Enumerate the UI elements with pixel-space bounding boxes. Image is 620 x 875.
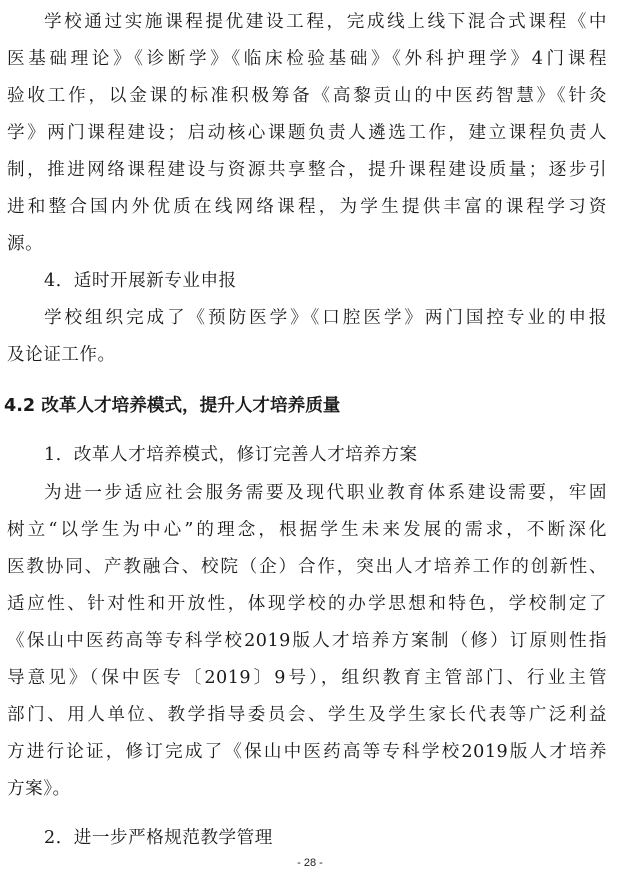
paragraph-line: 方进行论证，修订完成了《保山中医药高等专科学校2019版人才培养: [7, 739, 607, 765]
item-2-title: 2．进一步严格规范教学管理: [44, 825, 607, 851]
paragraph-line: 医教协同、产教融合、校院（企）合作，突出人才培养工作的创新性、: [7, 554, 607, 580]
paragraph-line: 进和整合国内外优质在线网络课程，为学生提供丰富的课程学习资: [7, 194, 607, 220]
paragraph-line: 及论证工作。: [7, 342, 607, 368]
paragraph-line: 树立“以学生为中心”的理念，根据学生未来发展的需求，不断深化: [7, 517, 607, 543]
paragraph-line: 《保山中医药高等专科学校2019版人才培养方案制（修）订原则性指: [7, 628, 607, 654]
section-heading: 4.2 改革人才培养模式，提升人才培养质量: [4, 392, 340, 420]
paragraph-line: 学》两门课程建设；启动核心课题负责人遴选工作，建立课程负责人: [7, 120, 607, 146]
paragraph-line: 验收工作，以金课的标准积极筹备《高黎贡山的中医药智慧》《针灸: [7, 83, 607, 109]
paragraph-line: 医基础理论》《诊断学》《临床检验基础》《外科护理学》4门课程: [7, 46, 607, 72]
paragraph-line: 制，推进网络课程建设与资源共享整合，提升课程建设质量；逐步引: [7, 157, 607, 183]
item-1-title: 1．改革人才培养模式，修订完善人才培养方案: [44, 442, 607, 468]
paragraph-line: 部门、用人单位、教学指导委员会、学生及学生家长代表等广泛利益: [7, 702, 607, 728]
document-page: 学校通过实施课程提优建设工程，完成线上线下混合式课程《中 医基础理论》《诊断学》…: [0, 0, 620, 875]
paragraph-line: 学校通过实施课程提优建设工程，完成线上线下混合式课程《中: [44, 9, 607, 35]
paragraph-line: 为进一步适应社会服务需要及现代职业教育体系建设需要，牢固: [44, 480, 607, 506]
paragraph-line: 适应性、针对性和开放性，体现学校的办学思想和特色，学校制定了: [7, 591, 607, 617]
page-number: - 28 -: [0, 857, 620, 869]
item-4-title: 4．适时开展新专业申报: [44, 268, 607, 294]
paragraph-line: 导意见》（保中医专〔2019〕9号），组织教育主管部门、行业主管: [7, 665, 607, 691]
paragraph-line: 方案》。: [7, 776, 607, 802]
paragraph-line: 源。: [7, 231, 607, 257]
paragraph-line: 学校组织完成了《预防医学》《口腔医学》两门国控专业的申报: [44, 305, 607, 331]
